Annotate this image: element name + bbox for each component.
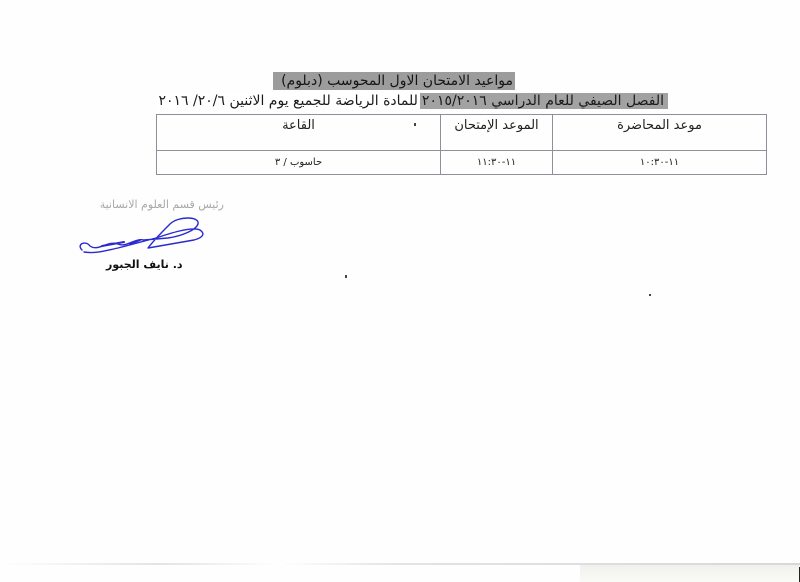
document-title: مواعيد الامتحان الاول المحوسب (دبلوم) xyxy=(273,72,515,90)
cell-room: حاسوب / ٣ xyxy=(157,151,441,175)
subtitle-semester: الفصل الصيفي للعام الدراسي ٢٠١٥/٢٠١٦ xyxy=(420,93,668,109)
header-room: القاعة xyxy=(157,115,441,151)
table-row: ١١-١٠:٣٠ ١١-١١:٣٠ حاسوب / ٣ xyxy=(157,151,767,175)
scan-corner-shadow xyxy=(580,565,800,582)
cell-lecture-time: ١١-١٠:٣٠ xyxy=(553,151,767,175)
subtitle-course-date: للمادة الرياضة للجميع يوم الاثنين ٢٠/٦/ … xyxy=(156,93,419,109)
scanned-document-page: مواعيد الامتحان الاول المحوسب (دبلوم) ال… xyxy=(0,0,800,582)
scan-speck xyxy=(649,294,651,296)
document-subtitle: الفصل الصيفي للعام الدراسي ٢٠١٥/٢٠١٦للما… xyxy=(128,91,668,111)
cell-exam-time: ١١-١١:٣٠ xyxy=(441,151,553,175)
signature-block: رئيس قسم العلوم الانسانية د. نايف الجبور xyxy=(72,196,232,286)
exam-schedule-table: موعد المحاضرة الموعد الإمتحان القاعة ١١-… xyxy=(156,114,767,175)
signatory-name: د. نايف الجبور xyxy=(106,258,183,271)
header-lecture-time: موعد المحاضرة xyxy=(553,115,767,151)
scan-speck xyxy=(345,275,347,278)
header-exam-time: الموعد الإمتحان xyxy=(441,115,553,151)
handwritten-signature-icon xyxy=(72,210,222,260)
table-header-row: موعد المحاضرة الموعد الإمتحان القاعة xyxy=(157,115,767,151)
scan-speck xyxy=(414,123,416,126)
